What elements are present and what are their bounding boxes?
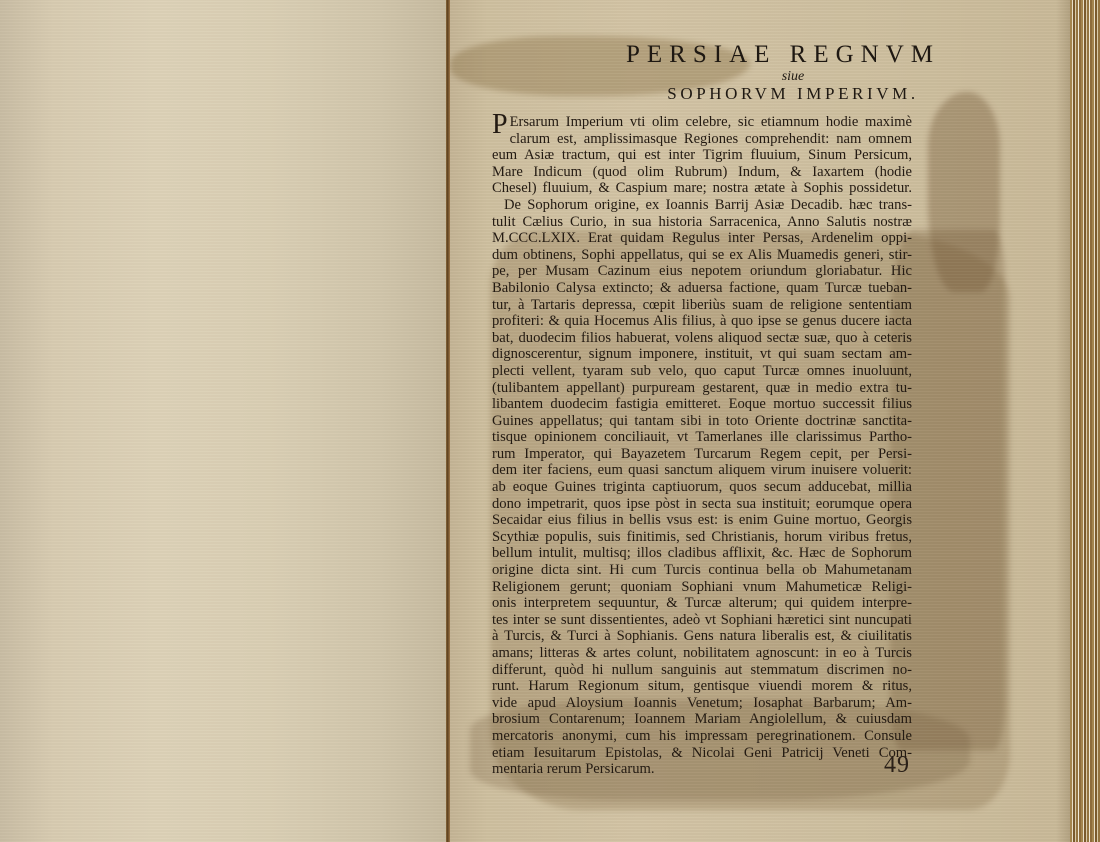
text-line: dignoscerentur, signum imponere, institu… (492, 346, 912, 363)
drop-cap: P (492, 116, 508, 134)
text-line: Babilonio Calysa extincto; & aduersa fac… (492, 280, 912, 297)
text-line: runt. Harum Regionum situm, gentisque vi… (492, 678, 912, 695)
title-sophorum-imperium: SOPHORVM IMPERIVM. (510, 83, 1076, 105)
title-persiae-regnum: PERSIAE REGNVM (490, 40, 1076, 70)
text-line: libantem duodecim fastigia emitteret. Eo… (492, 396, 912, 413)
text-line: Religionem gerunt; quoniam Sophiani vnum… (492, 579, 912, 596)
text-line: origine dicta sint. Hi cum Turcis contin… (492, 562, 912, 579)
page-edge-shadow (1056, 0, 1070, 842)
text-line: tisque opinionem conciliauit, vt Tamerla… (492, 429, 912, 446)
text-line: dono impetrarit, quos ipse pòst in secta… (492, 496, 912, 513)
text-line: vide apud Aloysium Ioannis Venetum; Iosa… (492, 695, 912, 712)
text-line: Mare Indicum (quod olim Rubrum) Indum, &… (492, 164, 912, 181)
book-spread: PERSIAE REGNVM siue SOPHORVM IMPERIVM. P… (0, 0, 1100, 842)
text-line: Guines appellatus; qui tantam sibi in to… (492, 413, 912, 430)
text-line: plecti vellent, tyaram sub velo, quo cap… (492, 363, 912, 380)
page-number: 49 (884, 752, 910, 779)
text-line: tes inter se sunt dissentientes, adeò vt… (492, 612, 912, 629)
text-line: eum Asiæ tractum, qui est inter Tigrim f… (492, 147, 912, 164)
text-line: bat, duodecim filios habuerat, volens al… (492, 330, 912, 347)
text-line: dum obtinens, Sophi appellatus, qui se e… (492, 247, 912, 264)
text-line: Scythiæ populis, suis finitimis, sed Chr… (492, 529, 912, 546)
text-line: bellum intulit, multisq; illos cladibus … (492, 545, 912, 562)
text-line: mentaria rerum Persicarum. (492, 761, 912, 778)
text-line: M.CCC.LXIX. Erat quidam Regulus inter Pe… (492, 230, 912, 247)
text-line: pe, per Musam Cazinum eius nepotem oriun… (492, 263, 912, 280)
text-line: tulit Cælius Curio, in sua historia Sarr… (492, 214, 912, 231)
text-line: amans; litteras & artes colunt, nobilita… (492, 645, 912, 662)
text-line: Ersarum Imperium vti olim celebre, sic e… (492, 114, 912, 131)
text-line: rum Imperator, qui Bayazetem Turcarum Re… (492, 446, 912, 463)
text-line: tur, à Tartaris depressa, cœpit liberiùs… (492, 297, 912, 314)
text-line: à Turcis, & Turci à Sophianis. Gens natu… (492, 628, 912, 645)
text-line: mercatoris anonymi, cum his impressam pe… (492, 728, 912, 745)
title-sive: siue (510, 70, 1076, 83)
text-line: etiam Iesuitarum Epistolas, & Nicolai Ge… (492, 745, 912, 762)
water-stain-right-column (928, 92, 1000, 292)
body-text: P Ersarum Imperium vti olim celebre, sic… (492, 114, 912, 778)
text-line: Chesel) fluuium, & Caspium mare; nostra … (492, 180, 912, 197)
text-line: dem iter faciens, eum quasi sanctum aliq… (492, 462, 912, 479)
text-line: onis interpretem sequuntur, & Turcæ alte… (492, 595, 912, 612)
text-line: profiteri: & quia Hocemus Alis filius, à… (492, 313, 912, 330)
text-line: ab eoque Guines triginta captiuorum, quo… (492, 479, 912, 496)
text-line: De Sophorum origine, ex Ioannis Barrij A… (492, 197, 912, 214)
text-line: (tulibantem appellant) purpuream gestare… (492, 380, 912, 397)
chapter-title-block: PERSIAE REGNVM siue SOPHORVM IMPERIVM. (450, 40, 1076, 105)
right-page: PERSIAE REGNVM siue SOPHORVM IMPERIVM. P… (450, 0, 1076, 842)
page-edge-stack (1070, 0, 1100, 842)
text-line: Secaidar eius filius in bellis vsus est:… (492, 512, 912, 529)
text-line: differunt, quòd hi nullum sanguinis aut … (492, 662, 912, 679)
left-page-blank (0, 0, 447, 842)
text-line: clarum est, amplissimasque Regiones comp… (492, 131, 912, 148)
text-line: brosium Contarenum; Ioannem Mariam Angio… (492, 711, 912, 728)
